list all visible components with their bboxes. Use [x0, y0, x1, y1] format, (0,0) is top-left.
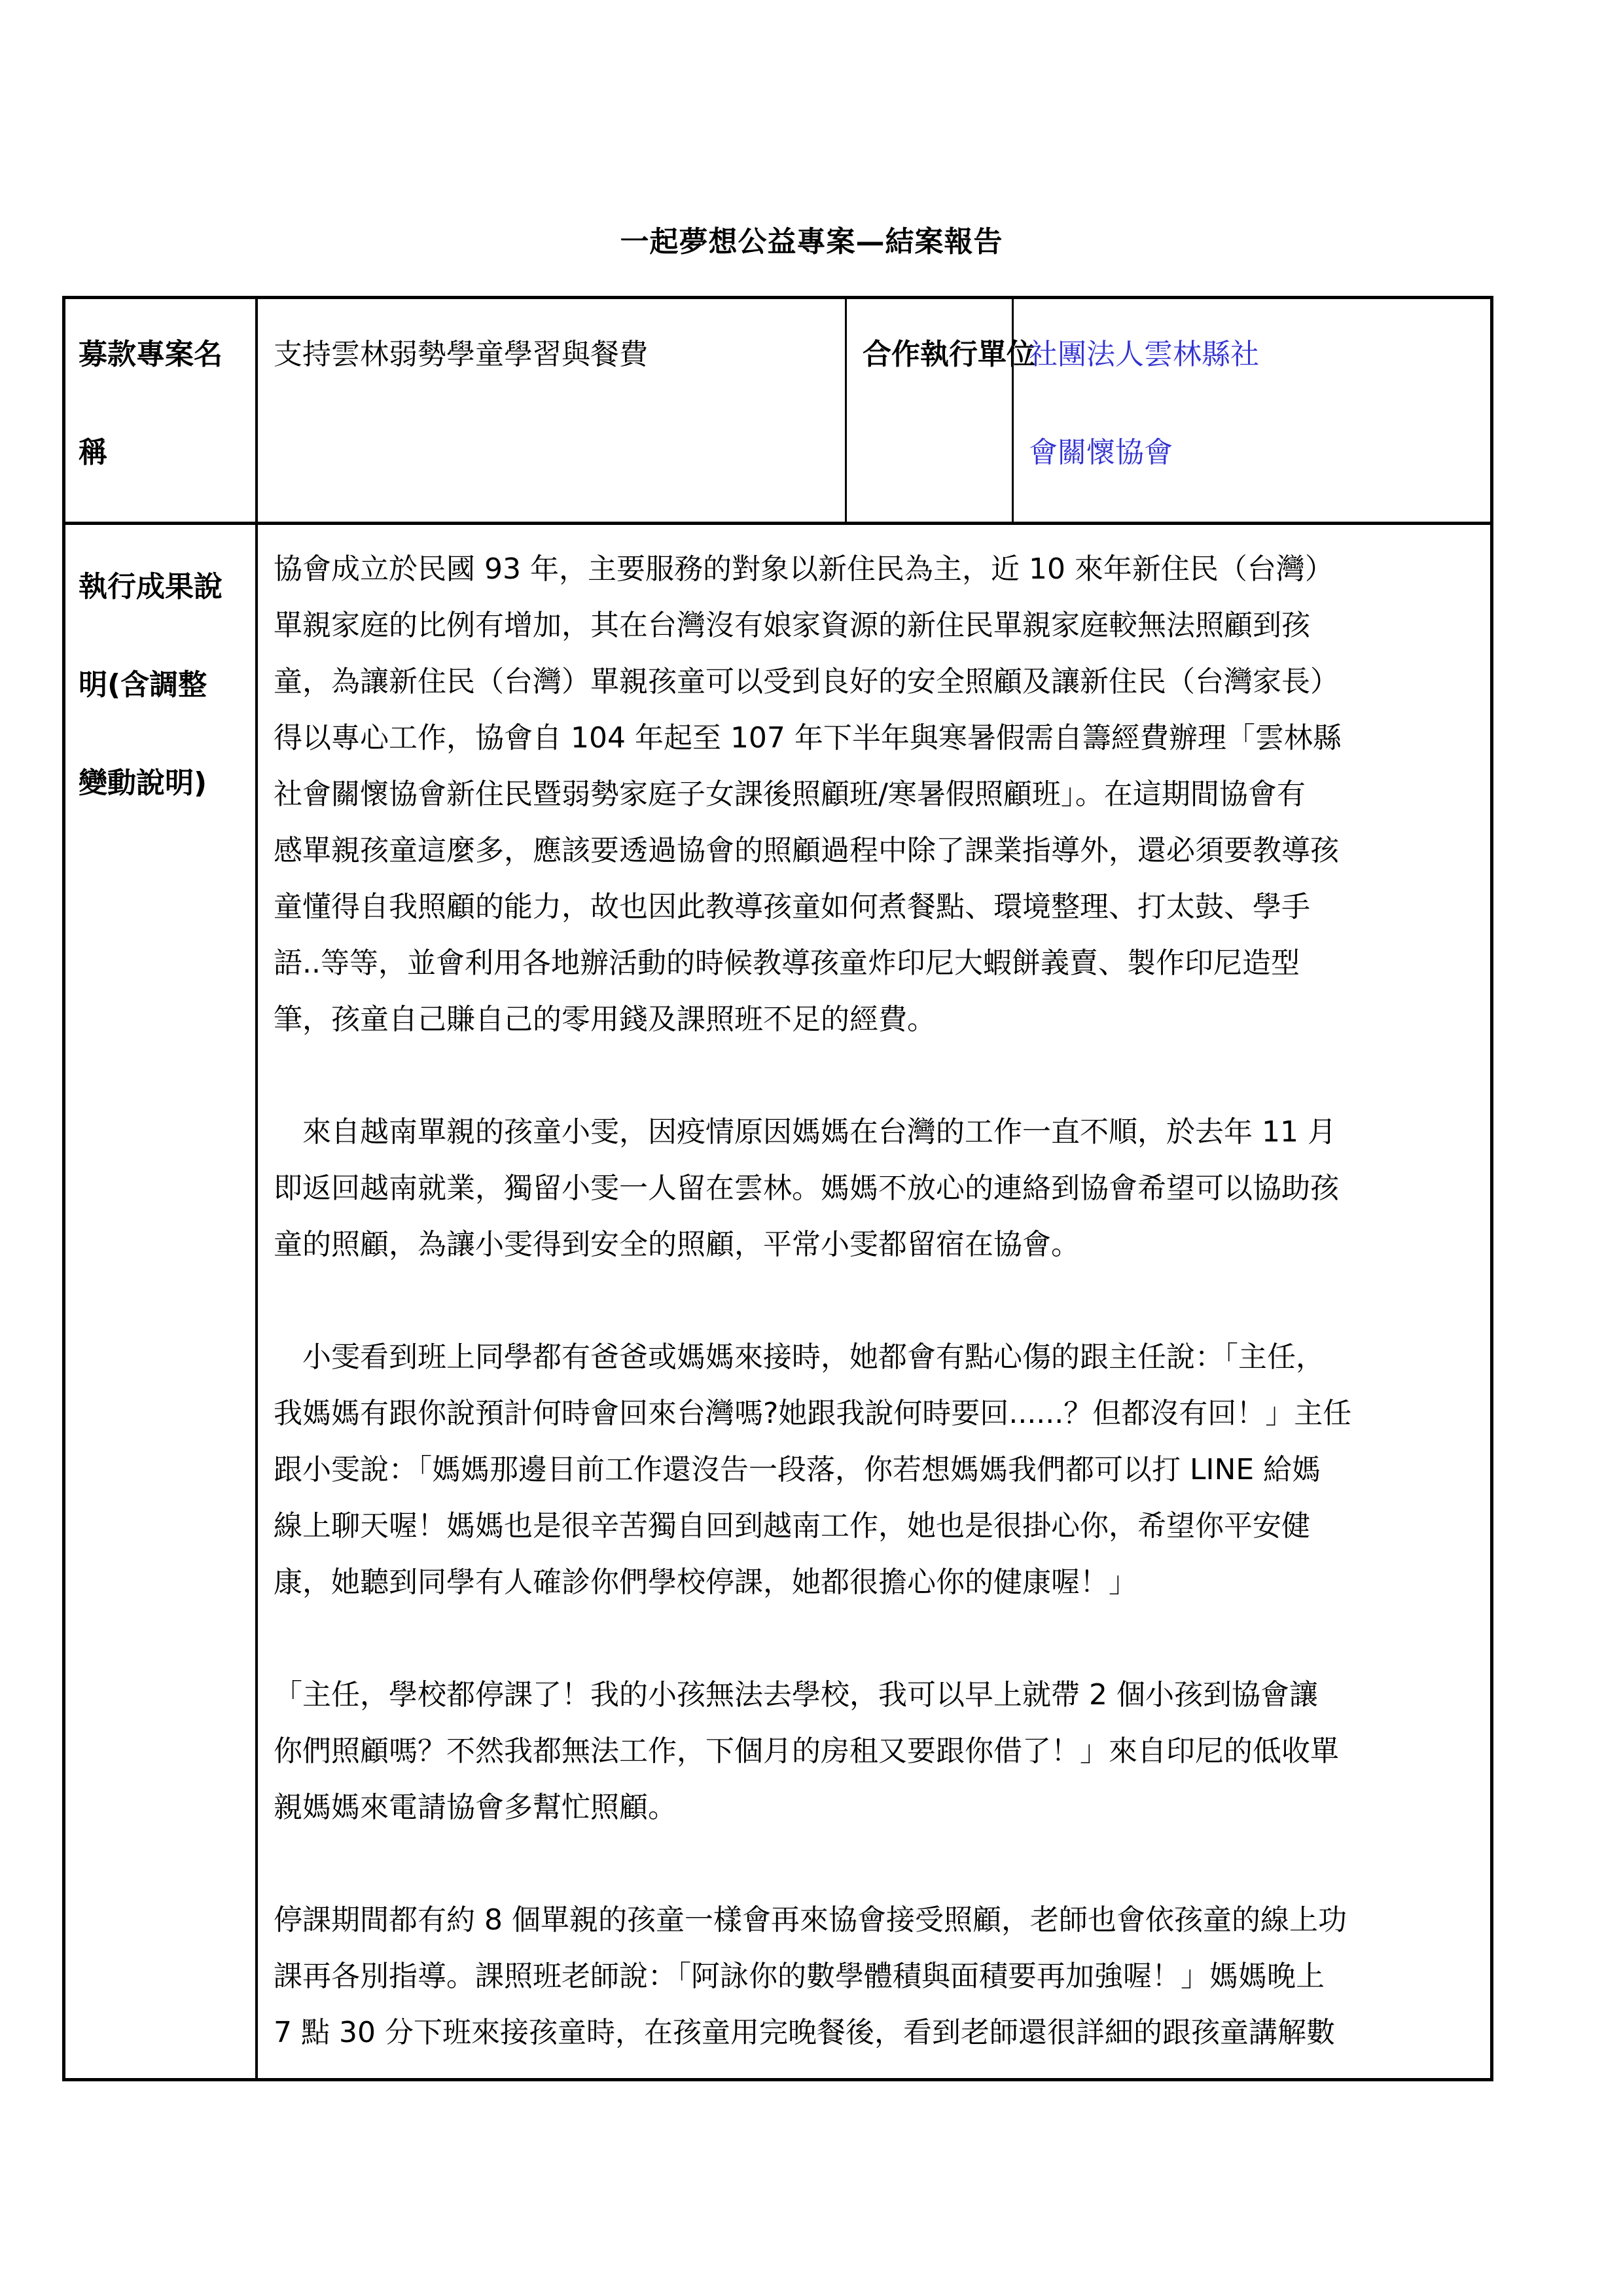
paragraph-spacer: [274, 1273, 1351, 1329]
project-name-label-line: 募款專案名: [79, 306, 223, 404]
paragraph-indonesian-mother-call: 「主任，學校都停課了！我的小孩無法去學校，我可以早上就帶 2 個小孩到協會讓 你…: [274, 1667, 1351, 1836]
body-line: 你們照顧嗎？不然我都無法工作，下個月的房租又要跟你借了！」來自印尼的低收單: [274, 1723, 1351, 1780]
results-label-line: 變動說明): [79, 734, 223, 833]
column-divider-unit-label: [845, 299, 847, 522]
body-line: 親媽媽來電請協會多幫忙照顧。: [274, 1780, 1351, 1836]
body-line: 童的照顧，為讓小雯得到安全的照顧，平常小雯都留宿在協會。: [274, 1217, 1351, 1273]
body-line: 社會關懷協會新住民暨弱勢家庭子女課後照顧班/寒暑假照顧班」。在這期間協會有: [274, 766, 1351, 823]
project-name-label: 募款專案名 稱: [79, 306, 223, 502]
body-line: 7 點 30 分下班來接孩童時，在孩童用完晚餐後，看到老師還很詳細的跟孩童講解數: [274, 2005, 1351, 2061]
project-name-value: 支持雲林弱勢學童學習與餐費: [274, 306, 648, 404]
paragraph-spacer: [274, 1048, 1351, 1104]
body-line: 感單親孩童這麼多，應該要透過協會的照顧過程中除了課業指導外，還必須要教導孩: [274, 823, 1351, 879]
report-table: 募款專案名 稱 支持雲林弱勢學童學習與餐費 合作執行單位 社團法人雲林縣社 會關…: [62, 296, 1493, 2081]
executing-unit-value-line: 社團法人雲林縣社: [1029, 306, 1259, 404]
body-line: 停課期間都有約 8 個單親的孩童一樣會再來協會接受照顧，老師也會依孩童的線上功: [274, 1892, 1351, 1948]
project-name-label-line: 稱: [79, 404, 223, 502]
body-line: 跟小雯說：「媽媽那邊目前工作還沒告一段落，你若想媽媽我們都可以打 LINE 給媽: [274, 1442, 1351, 1498]
column-divider-label: [255, 299, 258, 2078]
paragraph-spacer: [274, 1611, 1351, 1667]
body-line: 童懂得自我照顧的能力，故也因此教導孩童如何煮餐點、環境整理、打太鼓、學手: [274, 879, 1351, 935]
body-line: 小雯看到班上同學都有爸爸或媽媽來接時，她都會有點心傷的跟主任說：「主任，: [274, 1329, 1351, 1386]
paragraph-spacer: [274, 1836, 1351, 1892]
executing-unit-value: 社團法人雲林縣社 會關懷協會: [1029, 306, 1259, 502]
body-line: 即返回越南就業，獨留小雯一人留在雲林。媽媽不放心的連絡到協會希望可以協助孩: [274, 1160, 1351, 1217]
body-line: 來自越南單親的孩童小雯，因疫情原因媽媽在台灣的工作一直不順，於去年 11 月: [274, 1104, 1351, 1160]
paragraph-school-closure-care: 停課期間都有約 8 個單親的孩童一樣會再來協會接受照顧，老師也會依孩童的線上功 …: [274, 1892, 1351, 2061]
results-description-label: 執行成果說 明(含調整 變動說明): [79, 538, 223, 833]
executing-unit-value-line: 會關懷協會: [1029, 404, 1259, 502]
body-line: 單親家庭的比例有增加，其在台灣沒有娘家資源的新住民單親家庭較無法照顧到孩: [274, 598, 1351, 654]
results-description-body: 協會成立於民國 93 年，主要服務的對象以新住民為主，近 10 來年新住民（台灣…: [274, 541, 1351, 2061]
body-line: 筆，孩童自己賺自己的零用錢及課照班不足的經費。: [274, 992, 1351, 1048]
row-divider: [65, 522, 1490, 525]
paragraph-director-conversation: 小雯看到班上同學都有爸爸或媽媽來接時，她都會有點心傷的跟主任說：「主任， 我媽媽…: [274, 1329, 1351, 1611]
body-line: 我媽媽有跟你說預計何時會回來台灣嗎?她跟我說何時要回......？但都沒有回！」…: [274, 1386, 1351, 1442]
body-line: 協會成立於民國 93 年，主要服務的對象以新住民為主，近 10 來年新住民（台灣…: [274, 541, 1351, 598]
paragraph-vietnam-child-story: 來自越南單親的孩童小雯，因疫情原因媽媽在台灣的工作一直不順，於去年 11 月 即…: [274, 1104, 1351, 1273]
paragraph-association-background: 協會成立於民國 93 年，主要服務的對象以新住民為主，近 10 來年新住民（台灣…: [274, 541, 1351, 1048]
body-line: 得以專心工作，協會自 104 年起至 107 年下半年與寒暑假需自籌經費辦理「雲…: [274, 710, 1351, 766]
executing-unit-label: 合作執行單位: [863, 306, 1035, 404]
body-line: 語..等等，並會利用各地辦活動的時候教導孩童炸印尼大蝦餅義賣、製作印尼造型: [274, 935, 1351, 992]
document-title: 一起夢想公益專案—結案報告: [0, 216, 1623, 268]
body-line: 線上聊天喔！媽媽也是很辛苦獨自回到越南工作，她也是很掛心你，希望你平安健: [274, 1498, 1351, 1554]
results-label-line: 明(含調整: [79, 636, 223, 734]
body-line: 康，她聽到同學有人確診你們學校停課，她都很擔心你的健康喔！」: [274, 1554, 1351, 1611]
body-line: 童，為讓新住民（台灣）單親孩童可以受到良好的安全照顧及讓新住民（台灣家長）: [274, 654, 1351, 710]
body-line: 課再各別指導。課照班老師說：「阿詠你的數學體積與面積要再加強喔！」媽媽晚上: [274, 1948, 1351, 2005]
results-label-line: 執行成果說: [79, 538, 223, 636]
body-line: 「主任，學校都停課了！我的小孩無法去學校，我可以早上就帶 2 個小孩到協會讓: [274, 1667, 1351, 1723]
